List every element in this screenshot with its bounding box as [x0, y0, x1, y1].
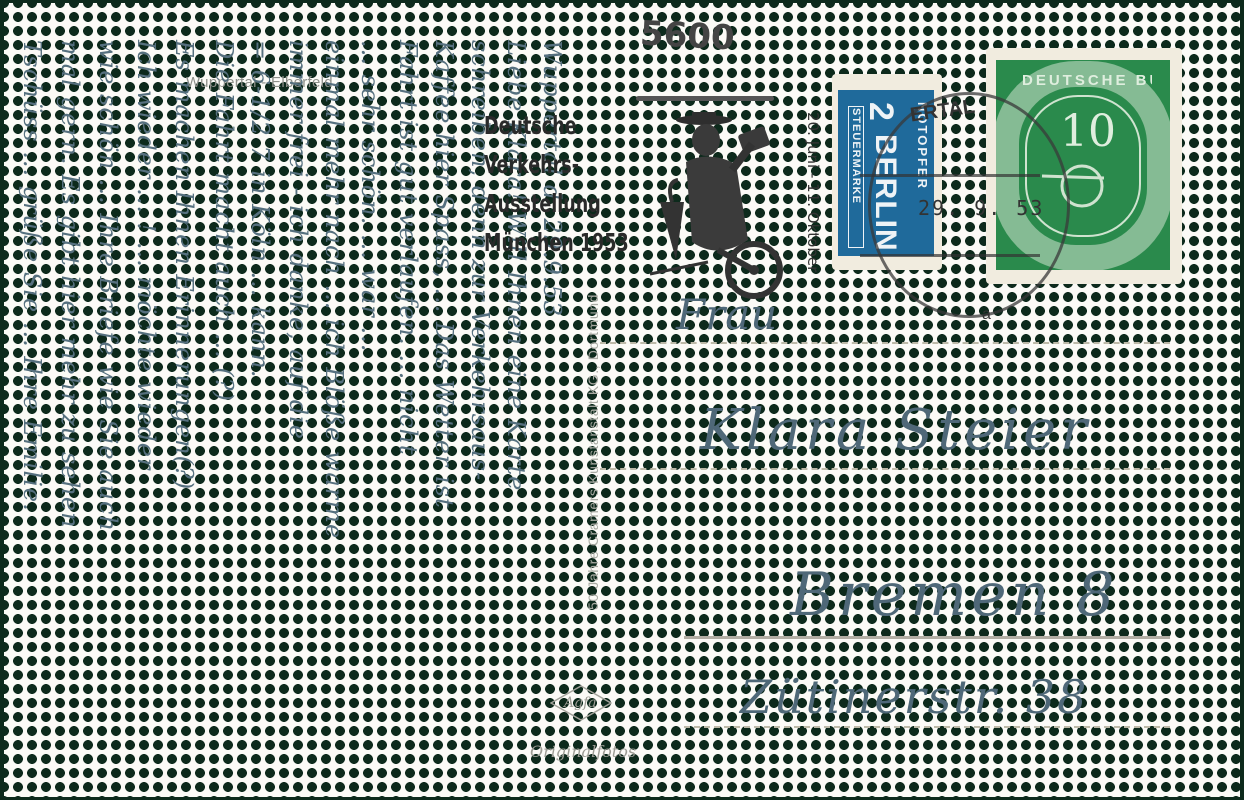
address-line-city — [684, 636, 1170, 639]
slogan-line: Ausstellung — [484, 184, 629, 223]
message-line: Fahrt ist gut verlaufen. ... nicht — [394, 40, 422, 456]
address-street: Zütinerstr. 38 — [740, 670, 1088, 724]
message-line: Es machen Ihnen Erinnerungen(?) — [170, 40, 198, 490]
photo-credit: Originalfotos — [530, 742, 636, 761]
address-city: Bremen 8 — [790, 560, 1119, 630]
address-line — [600, 468, 1170, 470]
message-line: mal gern. Es gibt hier mehr zu sehen — [56, 40, 84, 529]
message-line: Tschüss ... grüße Sie ... Ihre Emilie. — [18, 40, 46, 512]
slogan-line: Verkehrs- — [484, 145, 629, 184]
address-line — [684, 726, 1170, 728]
message-line: Kaffee hier Spass, ... Das Wetter ist — [430, 40, 458, 509]
address-name: Klara Steier — [700, 398, 1091, 463]
postmark-bar — [860, 174, 1040, 177]
slogan-line: München 1953 — [484, 223, 629, 262]
postal-code-annotation: 5600 — [639, 14, 736, 59]
slogan-line: Deutsche — [484, 106, 629, 145]
message-line: wie schön ... Ihre Briefe wie Sie auch — [94, 40, 122, 532]
message-line: immer frei - ich danke, auf die — [284, 40, 312, 440]
postmark-letter: a — [982, 306, 991, 324]
slogan-cancellation: Deutsche Verkehrs- Ausstellung München 1… — [484, 106, 629, 262]
postal-code-underline — [636, 96, 774, 101]
message-line: Die Fahrt macht auch ... (?) — [210, 40, 238, 402]
cancellation-dates: 20. Juni - 11. Oktober — [804, 112, 822, 272]
postmark-date: 29. 9. 53 — [918, 196, 1044, 220]
message-line: Ich wieder ... ! ... möchte wieder — [132, 40, 160, 470]
unicycle-man-illustration-icon — [648, 110, 794, 306]
stamp-value: 10 — [1060, 106, 1116, 157]
message-line: = 6-1/2 7 in Köln ... kann. — [246, 40, 274, 378]
stamp-ring-text: DEUTSCHE BUNDESPOST — [1022, 72, 1152, 89]
stamp-side-text: STEUERMARKE — [850, 108, 862, 204]
agfa-logo-text: Agfa — [564, 695, 597, 711]
message-line: einmal mehr nach ... ich Blöße warme — [320, 40, 348, 539]
address-salutation: Frau — [676, 290, 777, 339]
address-line — [600, 342, 1170, 344]
stamp-value: 2 — [861, 102, 900, 121]
publisher-imprint: 50 Jahre Cramers Kunstanstalt KG., Dortm… — [585, 294, 601, 610]
postmark-bar — [860, 254, 1040, 257]
message-line: ... sehr schön. ... war ... — [356, 40, 384, 352]
